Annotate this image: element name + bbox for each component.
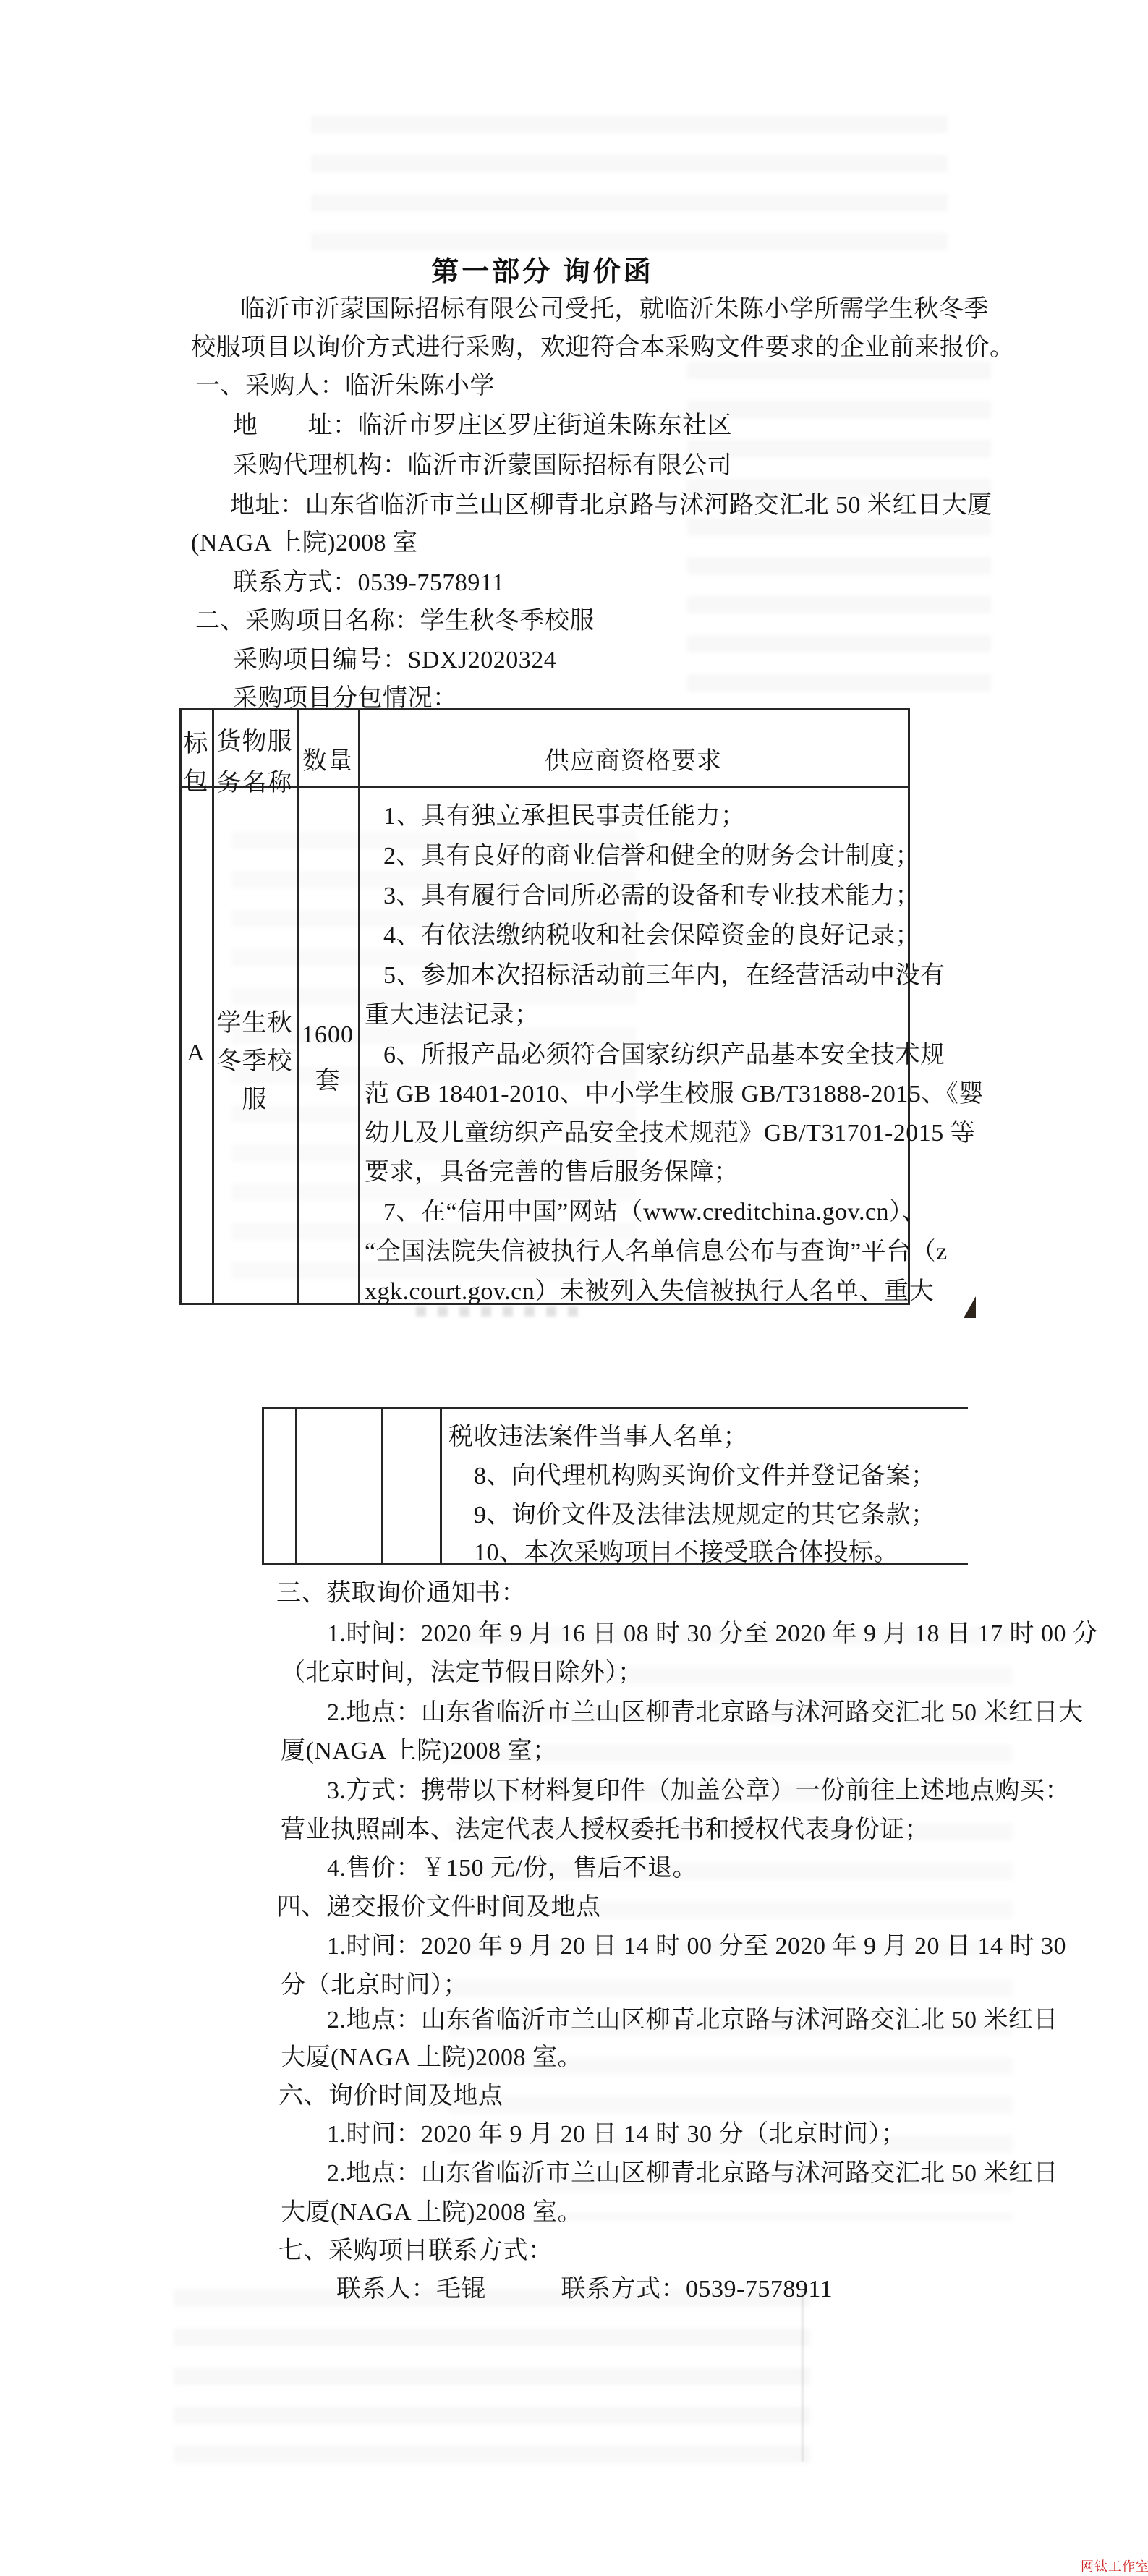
requirement-line: 税收违法案件当事人名单；	[448, 1424, 748, 1450]
section3-line: （北京时间，法定节假日除外）；	[281, 1659, 643, 1686]
table-column-divider	[381, 1407, 383, 1565]
table-border-left	[262, 1407, 264, 1565]
section6-line: 2.地点：山东省临沂市兰山区柳青北京路与沭河路交汇北 50 米红日	[327, 2160, 1058, 2187]
section4-line: 大厦(NAGA 上院)2008 室。	[281, 2044, 582, 2071]
scan-ghosting	[802, 2292, 804, 2462]
scan-ghosting	[174, 2290, 810, 2467]
page-2: 税收违法案件当事人名单； 8、向代理机构购买询价文件并登记备案； 9、询价文件及…	[0, 0, 1148, 2576]
requirement-line: 10、本次采购项目不接受联合体投标。	[474, 1539, 898, 1566]
section4-line: 分（北京时间）；	[281, 1972, 468, 1999]
section3-line: 厦(NAGA 上院)2008 室；	[281, 1738, 557, 1764]
section6-line: 大厦(NAGA 上院)2008 室。	[281, 2199, 582, 2226]
table-column-divider	[440, 1407, 442, 1565]
section6-heading: 六、询价时间及地点	[279, 2083, 503, 2109]
watermark-text: 网钛工作室	[1081, 2556, 1148, 2575]
requirement-line: 9、询价文件及法律法规规定的其它条款；	[474, 1502, 936, 1529]
section4-line: 1.时间：2020 年 9 月 20 日 14 时 00 分至 2020 年 9…	[327, 1933, 1066, 1960]
section6-line: 1.时间：2020 年 9 月 20 日 14 时 30 分（北京时间）；	[327, 2121, 906, 2148]
section3-line: 2.地点：山东省临沂市兰山区柳青北京路与沭河路交汇北 50 米红日大	[327, 1699, 1084, 1726]
section7-contact-line: 联系人：毛锟 联系方式：0539-7578911	[336, 2276, 833, 2303]
section3-line: 营业执照副本、法定代表人授权委托书和授权代表身份证；	[281, 1816, 930, 1843]
requirement-line: 8、向代理机构购买询价文件并登记备案；	[474, 1463, 936, 1489]
section4-line: 2.地点：山东省临沂市兰山区柳青北京路与沭河路交汇北 50 米红日	[327, 2007, 1058, 2033]
section3-line: 4.售价：￥150 元/份，售后不退。	[327, 1855, 697, 1882]
table-border-top	[262, 1407, 968, 1409]
table-column-divider	[295, 1407, 297, 1565]
section3-line: 1.时间：2020 年 9 月 16 日 08 时 30 分至 2020 年 9…	[327, 1620, 1098, 1647]
section3-line: 3.方式：携带以下材料复印件（加盖公章）一份前往上述地点购买：	[327, 1777, 1070, 1804]
section3-heading: 三、获取询价通知书：	[276, 1580, 526, 1607]
section4-heading: 四、递交报价文件时间及地点	[276, 1894, 601, 1921]
section7-heading: 七、采购项目联系方式：	[279, 2237, 553, 2264]
scanned-document: 第一部分 询价函 临沂市沂蒙国际招标有限公司受托，就临沂朱陈小学所需学生秋冬季 …	[0, 0, 1148, 2576]
